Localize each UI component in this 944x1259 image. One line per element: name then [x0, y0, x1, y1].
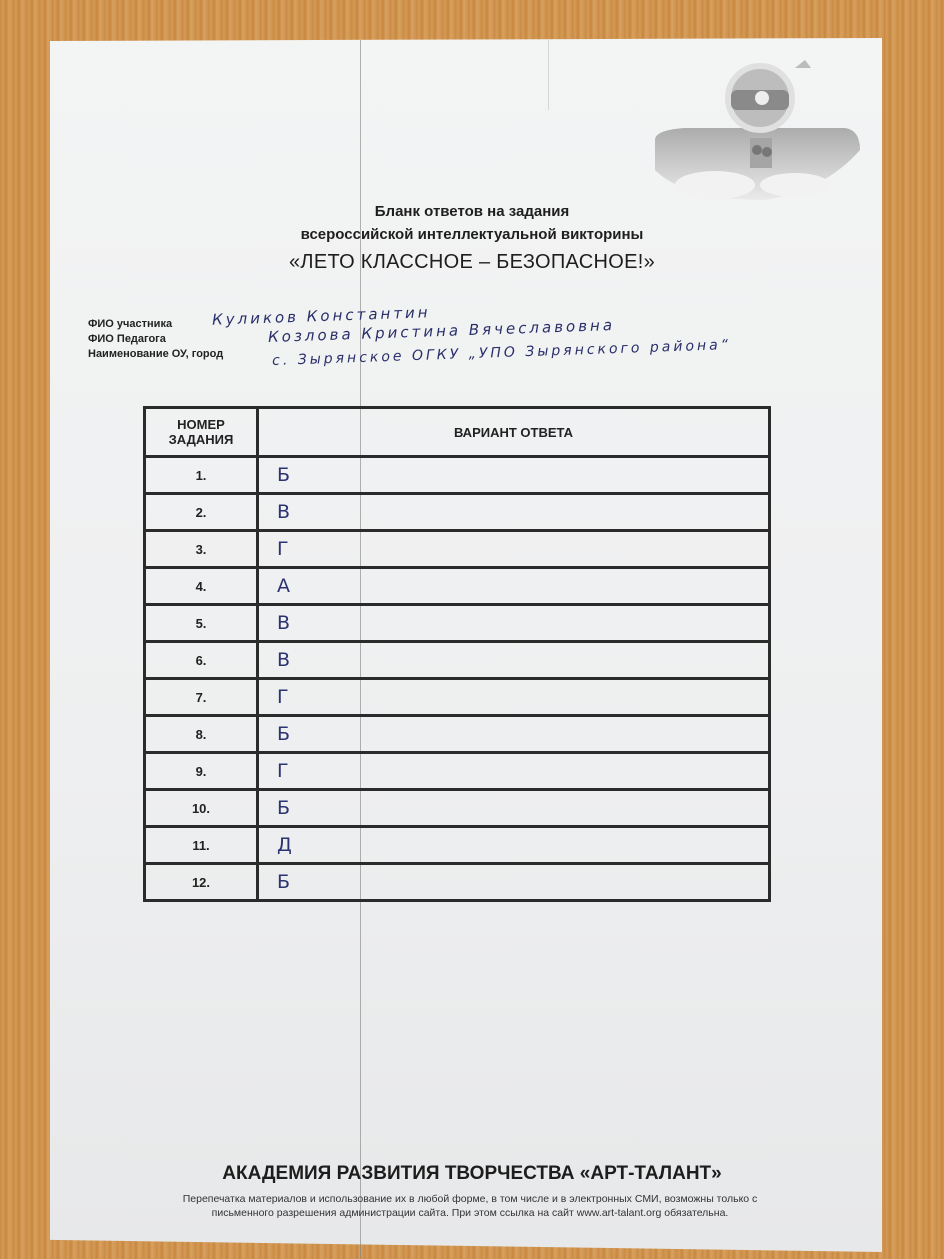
table-row: 3.Г: [145, 531, 770, 568]
task-number: 9.: [145, 753, 258, 790]
table-row: 11.Д: [145, 827, 770, 864]
table-row: 12.Б: [145, 864, 770, 901]
answer-cell[interactable]: А: [258, 568, 770, 605]
answer-cell[interactable]: Б: [258, 716, 770, 753]
answer-cell[interactable]: Б: [258, 457, 770, 494]
organization-name: АКАДЕМИЯ РАЗВИТИЯ ТВОРЧЕСТВА «АРТ-ТАЛАНТ…: [0, 1163, 944, 1185]
task-number: 2.: [145, 494, 258, 531]
task-number-header: НОМЕР ЗАДАНИЯ: [145, 408, 258, 457]
answer-cell[interactable]: В: [258, 494, 770, 531]
table-row: 2.В: [145, 494, 770, 531]
quiz-name-title: «ЛЕТО КЛАССНОЕ – БЕЗОПАСНОЕ!»: [0, 251, 944, 274]
table-row: 5.В: [145, 605, 770, 642]
task-number: 5.: [145, 605, 258, 642]
teacher-name-label: ФИО Педагога: [88, 333, 166, 345]
astronaut-balloon-illustration-icon: [645, 60, 875, 210]
task-number-header-line2: ЗАДАНИЯ: [146, 432, 256, 447]
paper-fold-line-secondary: [548, 40, 549, 110]
table-row: 9.Г: [145, 753, 770, 790]
copyright-note: Перепечатка материалов и использование и…: [110, 1192, 830, 1220]
table-row: 1.Б: [145, 457, 770, 494]
table-row: 4.А: [145, 568, 770, 605]
answer-cell[interactable]: Г: [258, 753, 770, 790]
table-row: 10.Б: [145, 790, 770, 827]
table-header-row: НОМЕР ЗАДАНИЯ ВАРИАНТ ОТВЕТА: [145, 408, 770, 457]
answer-cell[interactable]: Б: [258, 864, 770, 901]
answers-table: НОМЕР ЗАДАНИЯ ВАРИАНТ ОТВЕТА 1.Б2.В3.Г4.…: [143, 406, 771, 902]
task-number: 4.: [145, 568, 258, 605]
task-number: 7.: [145, 679, 258, 716]
task-number: 12.: [145, 864, 258, 901]
task-number: 3.: [145, 531, 258, 568]
task-number: 8.: [145, 716, 258, 753]
copyright-note-line-2: письменного разрешения администрации сай…: [110, 1206, 830, 1220]
table-row: 6.В: [145, 642, 770, 679]
answer-cell[interactable]: Б: [258, 790, 770, 827]
task-number: 10.: [145, 790, 258, 827]
answer-cell[interactable]: В: [258, 642, 770, 679]
task-number: 1.: [145, 457, 258, 494]
answer-cell[interactable]: Г: [258, 531, 770, 568]
task-number: 6.: [145, 642, 258, 679]
table-row: 7.Г: [145, 679, 770, 716]
answer-variant-header: ВАРИАНТ ОТВЕТА: [258, 408, 770, 457]
sheet-title-line-2: всероссийской интеллектуальной викторины: [0, 226, 944, 243]
task-number-header-line1: НОМЕР: [146, 417, 256, 432]
answer-cell[interactable]: Д: [258, 827, 770, 864]
answer-cell[interactable]: Г: [258, 679, 770, 716]
answer-cell[interactable]: В: [258, 605, 770, 642]
table-row: 8.Б: [145, 716, 770, 753]
school-city-label: Наименование ОУ, город: [88, 348, 223, 360]
copyright-note-line-1: Перепечатка материалов и использование и…: [110, 1192, 830, 1206]
participant-name-label: ФИО участника: [88, 318, 172, 330]
sheet-title-line-1: Бланк ответов на задания: [0, 203, 944, 220]
task-number: 11.: [145, 827, 258, 864]
